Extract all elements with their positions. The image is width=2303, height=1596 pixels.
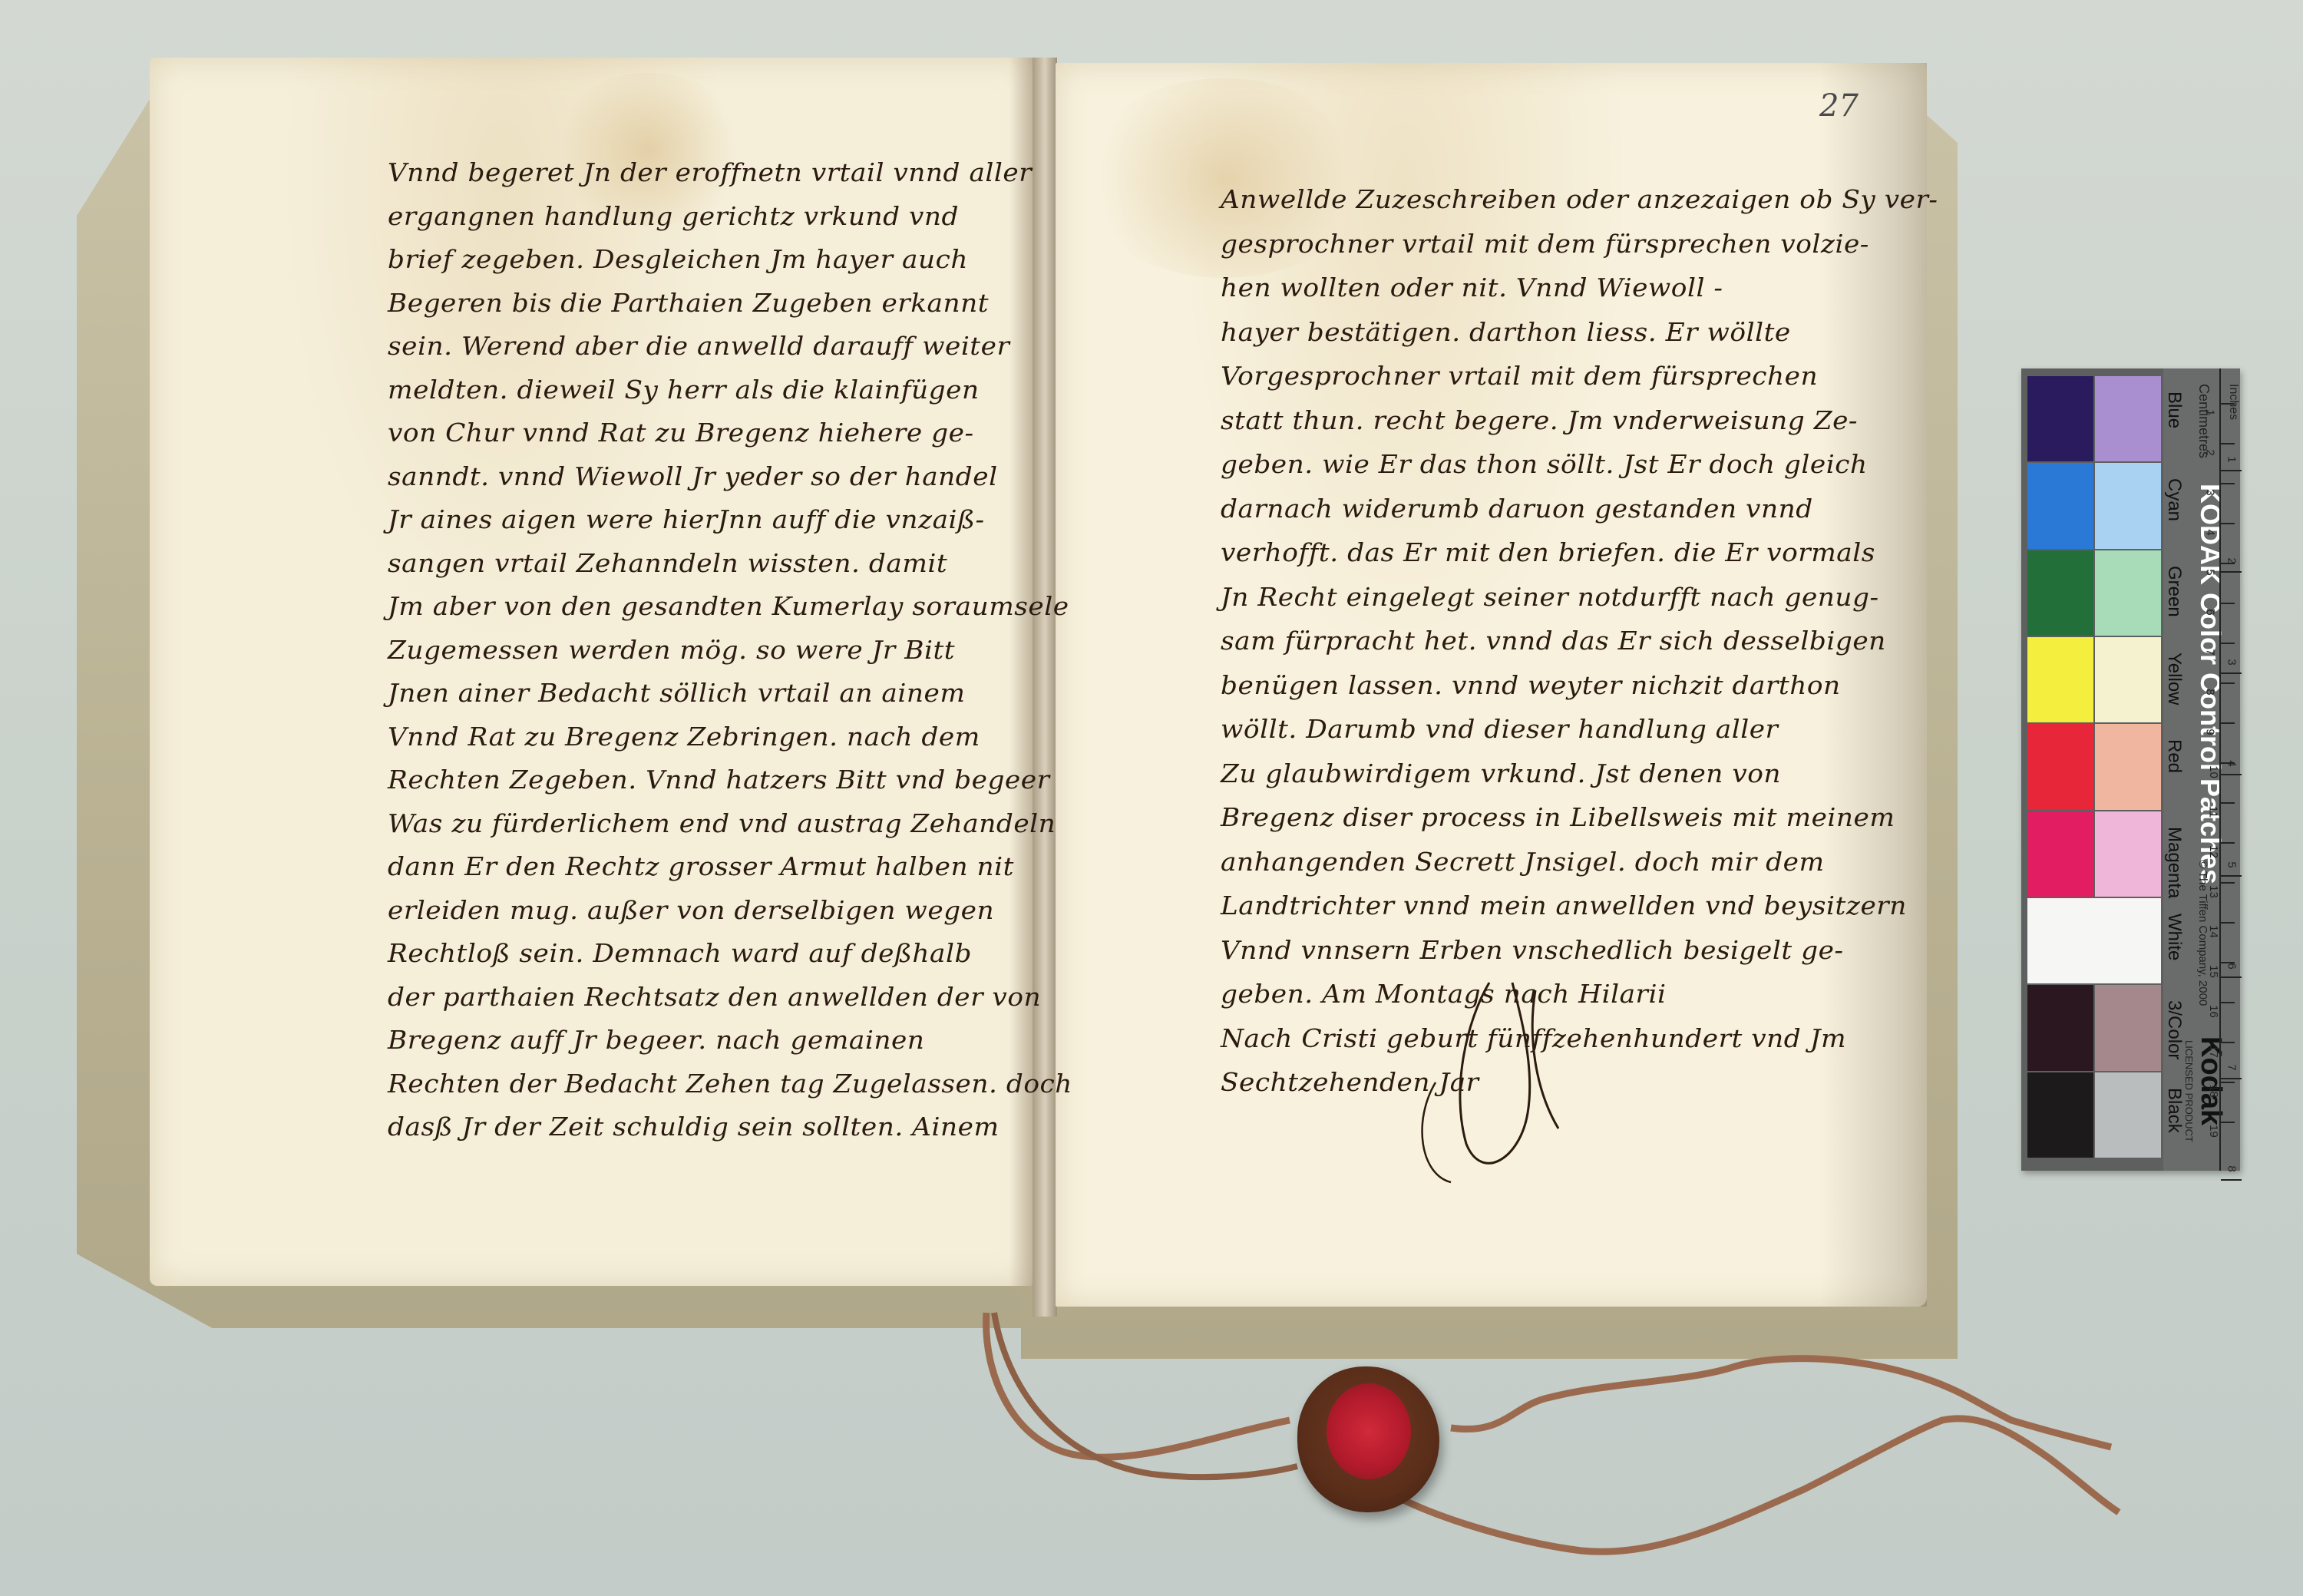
manuscript-line: Zu glaubwirdigem vrkund. Jst denen von [1221, 758, 1781, 788]
manuscript-line: anhangenden Secrett Jnsigel. doch mir de… [1221, 847, 1825, 877]
manuscript-line: sangen vrtail Zehanndeln wissten. damit [388, 548, 947, 578]
manuscript-line: verhofft. das Er mit den briefen. die Er… [1221, 537, 1875, 567]
cm-tick-label: 15 [2207, 965, 2220, 978]
inch-tick-label: 8 [2225, 1165, 2239, 1171]
manuscript-line: Was zu fürderlichem end vnd austrag Zeha… [388, 808, 1056, 838]
cm-tick [2221, 523, 2235, 524]
cm-tick-label: 8 [2204, 689, 2217, 695]
manuscript-line: Jm aber von den gesandten Kumerlay sorau… [388, 591, 1069, 621]
manuscript-line: Bregenz auff Jr begeer. nach gemainen [388, 1025, 924, 1055]
manuscript-line: darnach widerumb daruon gestanden vnnd [1221, 494, 1813, 524]
cm-tick-label: 19 [2207, 1125, 2220, 1138]
wax-seal [1297, 1366, 1439, 1512]
seal-impression [1327, 1383, 1411, 1479]
patch-red-dark [2027, 724, 2093, 809]
manuscript-line: erleiden mug. außer von derselbigen wege… [388, 895, 994, 925]
cm-tick [2221, 643, 2235, 644]
cm-tick-label: 9 [2204, 729, 2217, 735]
cm-tick [2221, 802, 2235, 804]
cm-tick-label: 1 [2204, 409, 2217, 415]
cm-tick [2221, 682, 2235, 684]
manuscript-line: geben. wie Er das thon söllt. Jst Er doc… [1221, 449, 1868, 479]
patch-label: Green [2163, 566, 2185, 617]
manuscript-line: Rechtloß sein. Demnach ward auf deßhalb [388, 938, 972, 968]
manuscript-line: Rechten der Bedacht Zehen tag Zugelassen… [388, 1069, 1072, 1099]
manuscript-line: Anwellde Zuzeschreiben oder anzezaigen o… [1221, 184, 1938, 214]
manuscript-line: sanndt. vnnd Wiewoll Jr yeder so der han… [388, 461, 998, 491]
manuscript-line: Rechten Zegeben. Vnnd hatzers Bitt vnd b… [388, 765, 1050, 795]
patch-green-dark [2027, 550, 2093, 636]
inch-tick [2221, 976, 2242, 978]
patch-label: Red [2163, 739, 2185, 773]
cm-tick-label: 2 [2204, 449, 2217, 455]
cm-tick-label: 7 [2204, 649, 2217, 655]
cm-tick [2221, 443, 2235, 444]
patch-red-light [2095, 724, 2161, 809]
manuscript-line: meldten. dieweil Sy herr als die klainfü… [388, 375, 980, 405]
manuscript-line: geben. Am Montags nach Hilarii [1221, 979, 1666, 1009]
patch-label: Magenta [2163, 827, 2185, 898]
manuscript-line: sein. Werend aber die anwelld darauff we… [388, 331, 1009, 361]
inch-tick-label: 6 [2225, 963, 2239, 969]
inch-tick-label: 7 [2225, 1064, 2239, 1070]
inch-tick-label: 4 [2225, 760, 2239, 766]
inch-tick-label: 5 [2225, 861, 2239, 867]
patch-3-color-light [2095, 985, 2161, 1070]
manuscript-line: gesprochner vrtail mit dem fürsprechen v… [1221, 229, 1869, 259]
manuscript-line: dasß Jr der Zeit schuldig sein sollten. … [388, 1112, 1000, 1142]
manuscript-line: wöllt. Darumb vnd dieser handlung aller [1221, 714, 1778, 744]
cm-tick-label: 16 [2207, 1005, 2220, 1018]
scale-label-cm: Centimetres [2196, 384, 2212, 458]
manuscript-line: ergangnen handlung gerichtz vrkund vnd [388, 201, 959, 231]
cm-tick-label: 3 [2204, 489, 2217, 495]
patch-white [2027, 898, 2161, 983]
patch-yellow-light [2095, 637, 2161, 722]
manuscript-line: benügen lassen. vnnd weyter nichzit dart… [1221, 670, 1841, 700]
manuscript-line: der parthaien Rechtsatz den anwellden de… [388, 982, 1041, 1012]
manuscript-line: dann Er den Rechtz grosser Armut halben … [388, 851, 1014, 881]
manuscript-line: Jn Recht eingelegt seiner notdurfft nach… [1221, 582, 1879, 612]
kodak-color-chart: KODAK Color Control Patches Centimetres … [2021, 368, 2240, 1171]
inch-tick [2221, 672, 2242, 674]
manuscript-line: Begeren bis die Parthaien Zugeben erkann… [388, 288, 989, 318]
manuscript-line: brief zegeben. Desgleichen Jm hayer auch [388, 244, 968, 274]
left-page [150, 58, 1033, 1286]
cm-tick [2221, 882, 2235, 884]
cm-tick [2221, 403, 2235, 405]
cm-tick [2221, 1042, 2235, 1043]
patch-3-color-dark [2027, 985, 2093, 1070]
patch-label: Black [2163, 1088, 2185, 1133]
manuscript-line: Landtrichter vnnd mein anwellden vnd bey… [1221, 891, 1907, 920]
cm-tick-label: 17 [2207, 1045, 2220, 1058]
patch-magenta-light [2095, 811, 2161, 897]
patch-black-light [2095, 1072, 2161, 1158]
inch-tick [2221, 1179, 2242, 1181]
folio-number: 27 [1819, 88, 1859, 124]
manuscript-line: Jnen ainer Bedacht söllich vrtail an ain… [388, 678, 965, 708]
cm-tick [2221, 922, 2235, 924]
manuscript-line: Jr aines aigen were hierJnn auff die vnz… [388, 504, 985, 534]
manuscript-line: Sechtzehenden Jar [1221, 1067, 1479, 1097]
cm-tick-label: 10 [2207, 765, 2220, 778]
cm-tick [2221, 1002, 2235, 1003]
cm-tick-label: 11 [2206, 806, 2219, 818]
manuscript-line: Vnnd vnnsern Erben vnschedlich besigelt … [1221, 935, 1844, 965]
cm-tick [2221, 603, 2235, 604]
cm-tick-label: 18 [2207, 1085, 2220, 1098]
patch-label: 3/Color [2163, 1000, 2185, 1059]
inch-tick [2221, 774, 2242, 775]
cm-tick [2221, 483, 2235, 484]
cm-tick-label: 12 [2207, 845, 2220, 858]
cm-tick-label: 13 [2207, 885, 2220, 898]
manuscript-line: Vorgesprochner vrtail mit dem fürspreche… [1221, 361, 1818, 391]
book-gutter [1033, 58, 1057, 1317]
ruler-scale: 1234567891011121314151617181912345678 [2219, 368, 2242, 1171]
patch-cyan-dark [2027, 463, 2093, 548]
manuscript-line: von Chur vnnd Rat zu Bregenz hiehere ge- [388, 418, 974, 448]
inch-tick [2221, 571, 2242, 573]
inch-tick-label: 3 [2225, 659, 2239, 665]
patch-label: Cyan [2163, 478, 2185, 521]
patch-black-dark [2027, 1072, 2093, 1158]
manuscript-line: hayer bestätigen. darthon liess. Er wöll… [1221, 317, 1791, 347]
licensed-product: LICENSED PRODUCT [2183, 1040, 2195, 1142]
manuscript-line: Vnnd begeret Jn der eroffnetn vrtail vnn… [388, 157, 1032, 187]
manuscript-line: Vnnd Rat zu Bregenz Zebringen. nach dem [388, 722, 980, 752]
patch-magenta-dark [2027, 811, 2093, 897]
manuscript-line: Bregenz diser process in Libellsweis mit… [1221, 802, 1895, 832]
manuscript-line: statt thun. recht begere. Jm vnderweisun… [1221, 405, 1858, 435]
patch-blue-dark [2027, 376, 2093, 461]
patch-yellow-dark [2027, 637, 2093, 722]
inch-tick [2221, 470, 2242, 471]
cm-tick-label: 5 [2204, 569, 2217, 575]
cm-tick-label: 6 [2204, 609, 2217, 615]
cm-tick [2221, 842, 2235, 844]
inch-tick [2221, 1078, 2242, 1079]
manuscript-line: sam fürpracht het. vnnd das Er sich dess… [1221, 626, 1886, 656]
cm-tick-label: 14 [2207, 925, 2220, 938]
patch-label: White [2163, 914, 2185, 960]
patch-label: Blue [2163, 392, 2185, 428]
patch-label: Yellow [2163, 653, 2185, 705]
manuscript-line: Nach Cristi geburt fünffzehenhundert vnd… [1221, 1023, 1846, 1053]
patch-green-light [2095, 550, 2161, 636]
cm-tick [2221, 722, 2235, 724]
inch-tick-label: 2 [2225, 557, 2239, 563]
patch-cyan-light [2095, 463, 2161, 548]
inch-tick-label: 1 [2225, 456, 2239, 462]
inch-tick [2221, 875, 2242, 877]
cm-tick-label: 4 [2204, 529, 2217, 535]
cm-tick [2221, 1122, 2235, 1123]
manuscript-line: Zugemessen werden mög. so were Jr Bitt [388, 635, 955, 665]
patch-blue-light [2095, 376, 2161, 461]
manuscript-line: hen wollten oder nit. Vnnd Wiewoll - [1221, 273, 1723, 302]
cm-tick [2221, 1082, 2235, 1083]
